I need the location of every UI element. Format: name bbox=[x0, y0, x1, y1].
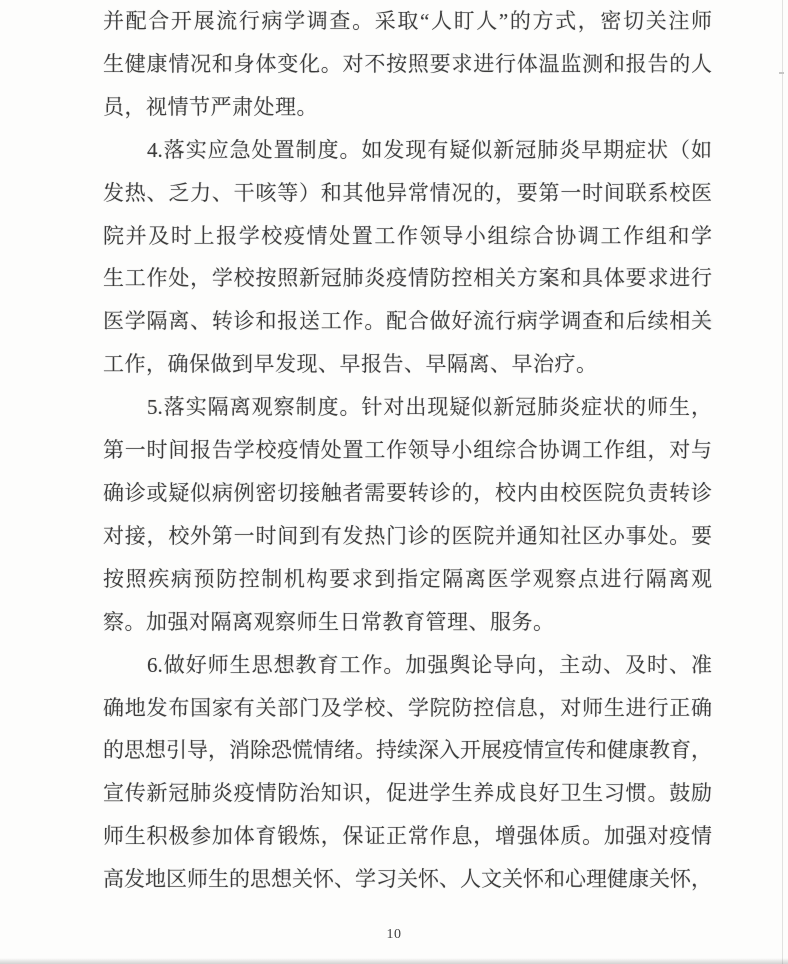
document-line: 院并及时上报学校疫情处置工作领导小组综合协调工作组和学 bbox=[103, 215, 712, 258]
document-line: 确诊或疑似病例密切接触者需要转诊的，校内由校医院负责转诊 bbox=[103, 472, 712, 515]
document-body: 并配合开展流行病学调查。采取“人盯人”的方式，密切关注师 生健康情况和身体变化。… bbox=[103, 0, 712, 901]
bottom-scan-shade bbox=[0, 958, 788, 964]
document-line: 工作，确保做到早发现、早报告、早隔离、早治疗。 bbox=[103, 343, 712, 386]
scan-edge-tick bbox=[779, 72, 784, 74]
document-line: 6.做好师生思想教育工作。加强舆论导向，主动、及时、准 bbox=[103, 644, 712, 687]
document-line: 发热、乏力、干咳等）和其他异常情况的，要第一时间联系校医 bbox=[103, 172, 712, 215]
document-page: 并配合开展流行病学调查。采取“人盯人”的方式，密切关注师 生健康情况和身体变化。… bbox=[0, 0, 788, 964]
scan-edge-line bbox=[782, 0, 783, 964]
document-line: 生健康情况和身体变化。对不按照要求进行体温监测和报告的人 bbox=[103, 43, 712, 86]
document-line: 4.落实应急处置制度。如发现有疑似新冠肺炎早期症状（如 bbox=[103, 129, 712, 172]
document-line: 宣传新冠肺炎疫情防治知识，促进学生养成良好卫生习惯。鼓励 bbox=[103, 772, 712, 815]
document-line: 5.落实隔离观察制度。针对出现疑似新冠肺炎症状的师生， bbox=[103, 386, 712, 429]
document-line: 生工作处，学校按照新冠肺炎疫情防控相关方案和具体要求进行 bbox=[103, 257, 712, 300]
document-line: 按照疾病预防控制机构要求到指定隔离医学观察点进行隔离观 bbox=[103, 558, 712, 601]
document-line: 第一时间报告学校疫情处置工作领导小组综合协调工作组，对与 bbox=[103, 429, 712, 472]
document-line: 对接，校外第一时间到有发热门诊的医院并通知社区办事处。要 bbox=[103, 515, 712, 558]
document-line: 察。加强对隔离观察师生日常教育管理、服务。 bbox=[103, 601, 712, 644]
document-line: 师生积极参加体育锻炼，保证正常作息，增强体质。加强对疫情 bbox=[103, 815, 712, 858]
scan-smudge bbox=[694, 316, 714, 326]
page-number: 10 bbox=[0, 927, 788, 943]
document-line: 员，视情节严肃处理。 bbox=[103, 86, 712, 129]
document-line: 的思想引导，消除恐慌情绪。持续深入开展疫情宣传和健康教育， bbox=[103, 729, 712, 772]
document-line: 并配合开展流行病学调查。采取“人盯人”的方式，密切关注师 bbox=[103, 0, 712, 43]
document-line: 医学隔离、转诊和报送工作。配合做好流行病学调查和后续相关 bbox=[103, 300, 712, 343]
document-line: 确地发布国家有关部门及学校、学院防控信息，对师生进行正确 bbox=[103, 687, 712, 730]
document-line: 高发地区师生的思想关怀、学习关怀、人文关怀和心理健康关怀， bbox=[103, 858, 712, 901]
